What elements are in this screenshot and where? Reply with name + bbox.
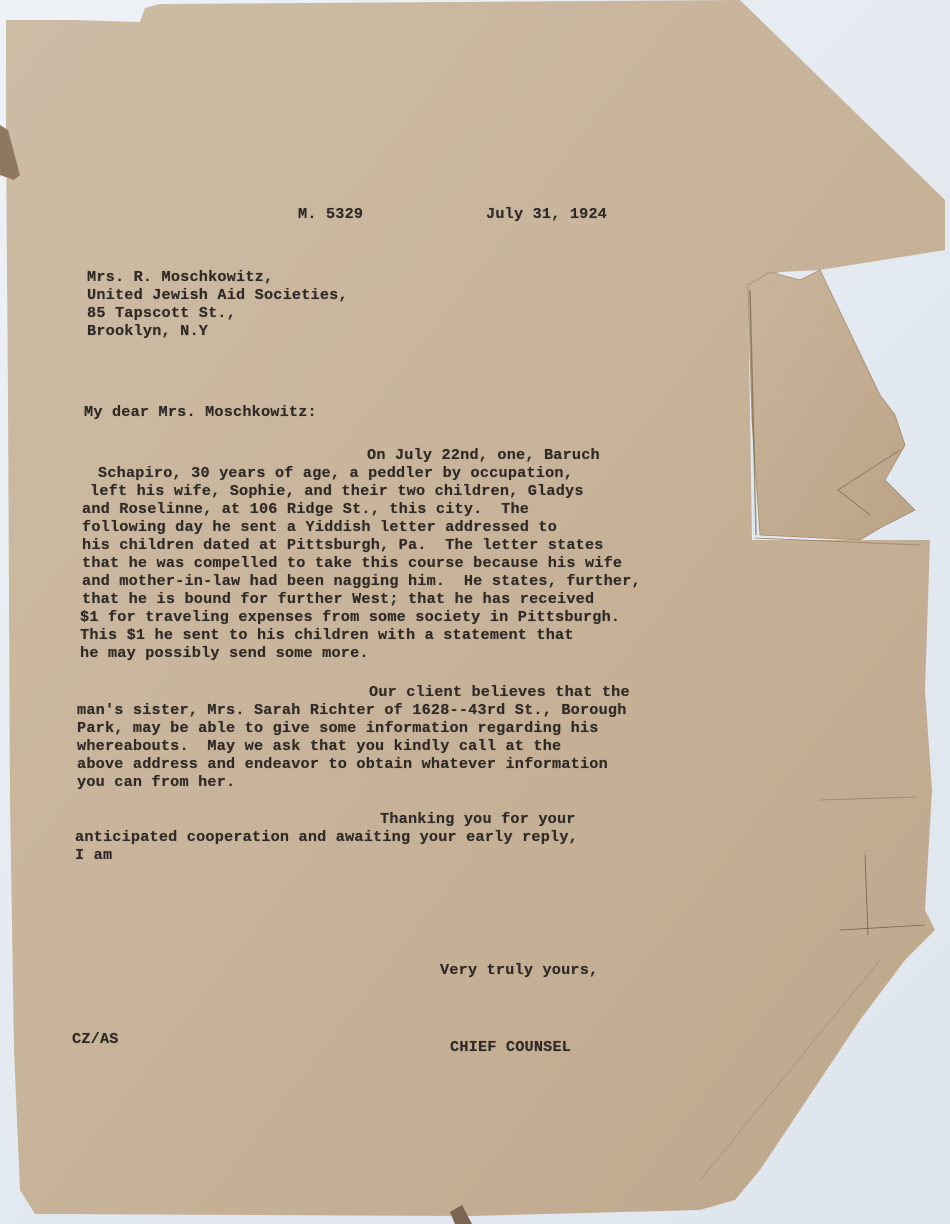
paragraph-line: Schapiro, 30 years of age, a peddler by … — [98, 464, 573, 482]
typist-initials: CZ/AS — [72, 1030, 119, 1048]
paragraph-line: his children dated at Pittsburgh, Pa. Th… — [82, 536, 604, 554]
paragraph-line: This $1 he sent to his children with a s… — [80, 626, 574, 644]
reference-number: M. 5329 — [298, 205, 363, 223]
recipient-street: 85 Tapscott St., — [87, 304, 236, 322]
paragraph-line: I am — [75, 846, 112, 864]
paragraph-line: following day he sent a Yiddish letter a… — [82, 518, 557, 536]
recipient-city: Brooklyn, N.Y — [87, 322, 208, 340]
paragraph-line: Park, may be able to give some informati… — [77, 719, 599, 737]
paragraph-line: you can from her. — [77, 773, 235, 791]
paragraph-line: above address and endeavor to obtain wha… — [77, 755, 608, 773]
recipient-organization: United Jewish Aid Societies, — [87, 286, 348, 304]
paragraph-line: man's sister, Mrs. Sarah Richter of 1628… — [77, 701, 627, 719]
paragraph-line: that he is bound for further West; that … — [82, 590, 594, 608]
paragraph-line: and Roselinne, at 106 Ridge St., this ci… — [82, 500, 529, 518]
paragraph-line: whereabouts. May we ask that you kindly … — [77, 737, 561, 755]
paragraph-line: $1 for traveling expenses from some soci… — [80, 608, 620, 626]
salutation: My dear Mrs. Moschkowitz: — [84, 403, 317, 421]
closing: Very truly yours, — [440, 961, 598, 979]
paragraph-line: left his wife, Sophie, and their two chi… — [90, 482, 584, 500]
letter-body: M. 5329 July 31, 1924 Mrs. R. Moschkowit… — [0, 0, 950, 1224]
paragraph-line: anticipated cooperation and awaiting you… — [75, 828, 578, 846]
paragraph-line: Our client believes that the — [369, 683, 630, 701]
letter-date: July 31, 1924 — [486, 205, 607, 223]
recipient-name: Mrs. R. Moschkowitz, — [87, 268, 273, 286]
paragraph-line: Thanking you for your — [380, 810, 576, 828]
paragraph-line: that he was compelled to take this cours… — [82, 554, 622, 572]
signature-title: CHIEF COUNSEL — [450, 1038, 571, 1056]
paragraph-line: and mother-in-law had been nagging him. … — [82, 572, 641, 590]
paragraph-line: On July 22nd, one, Baruch — [367, 446, 600, 464]
paragraph-line: he may possibly send some more. — [80, 644, 369, 662]
